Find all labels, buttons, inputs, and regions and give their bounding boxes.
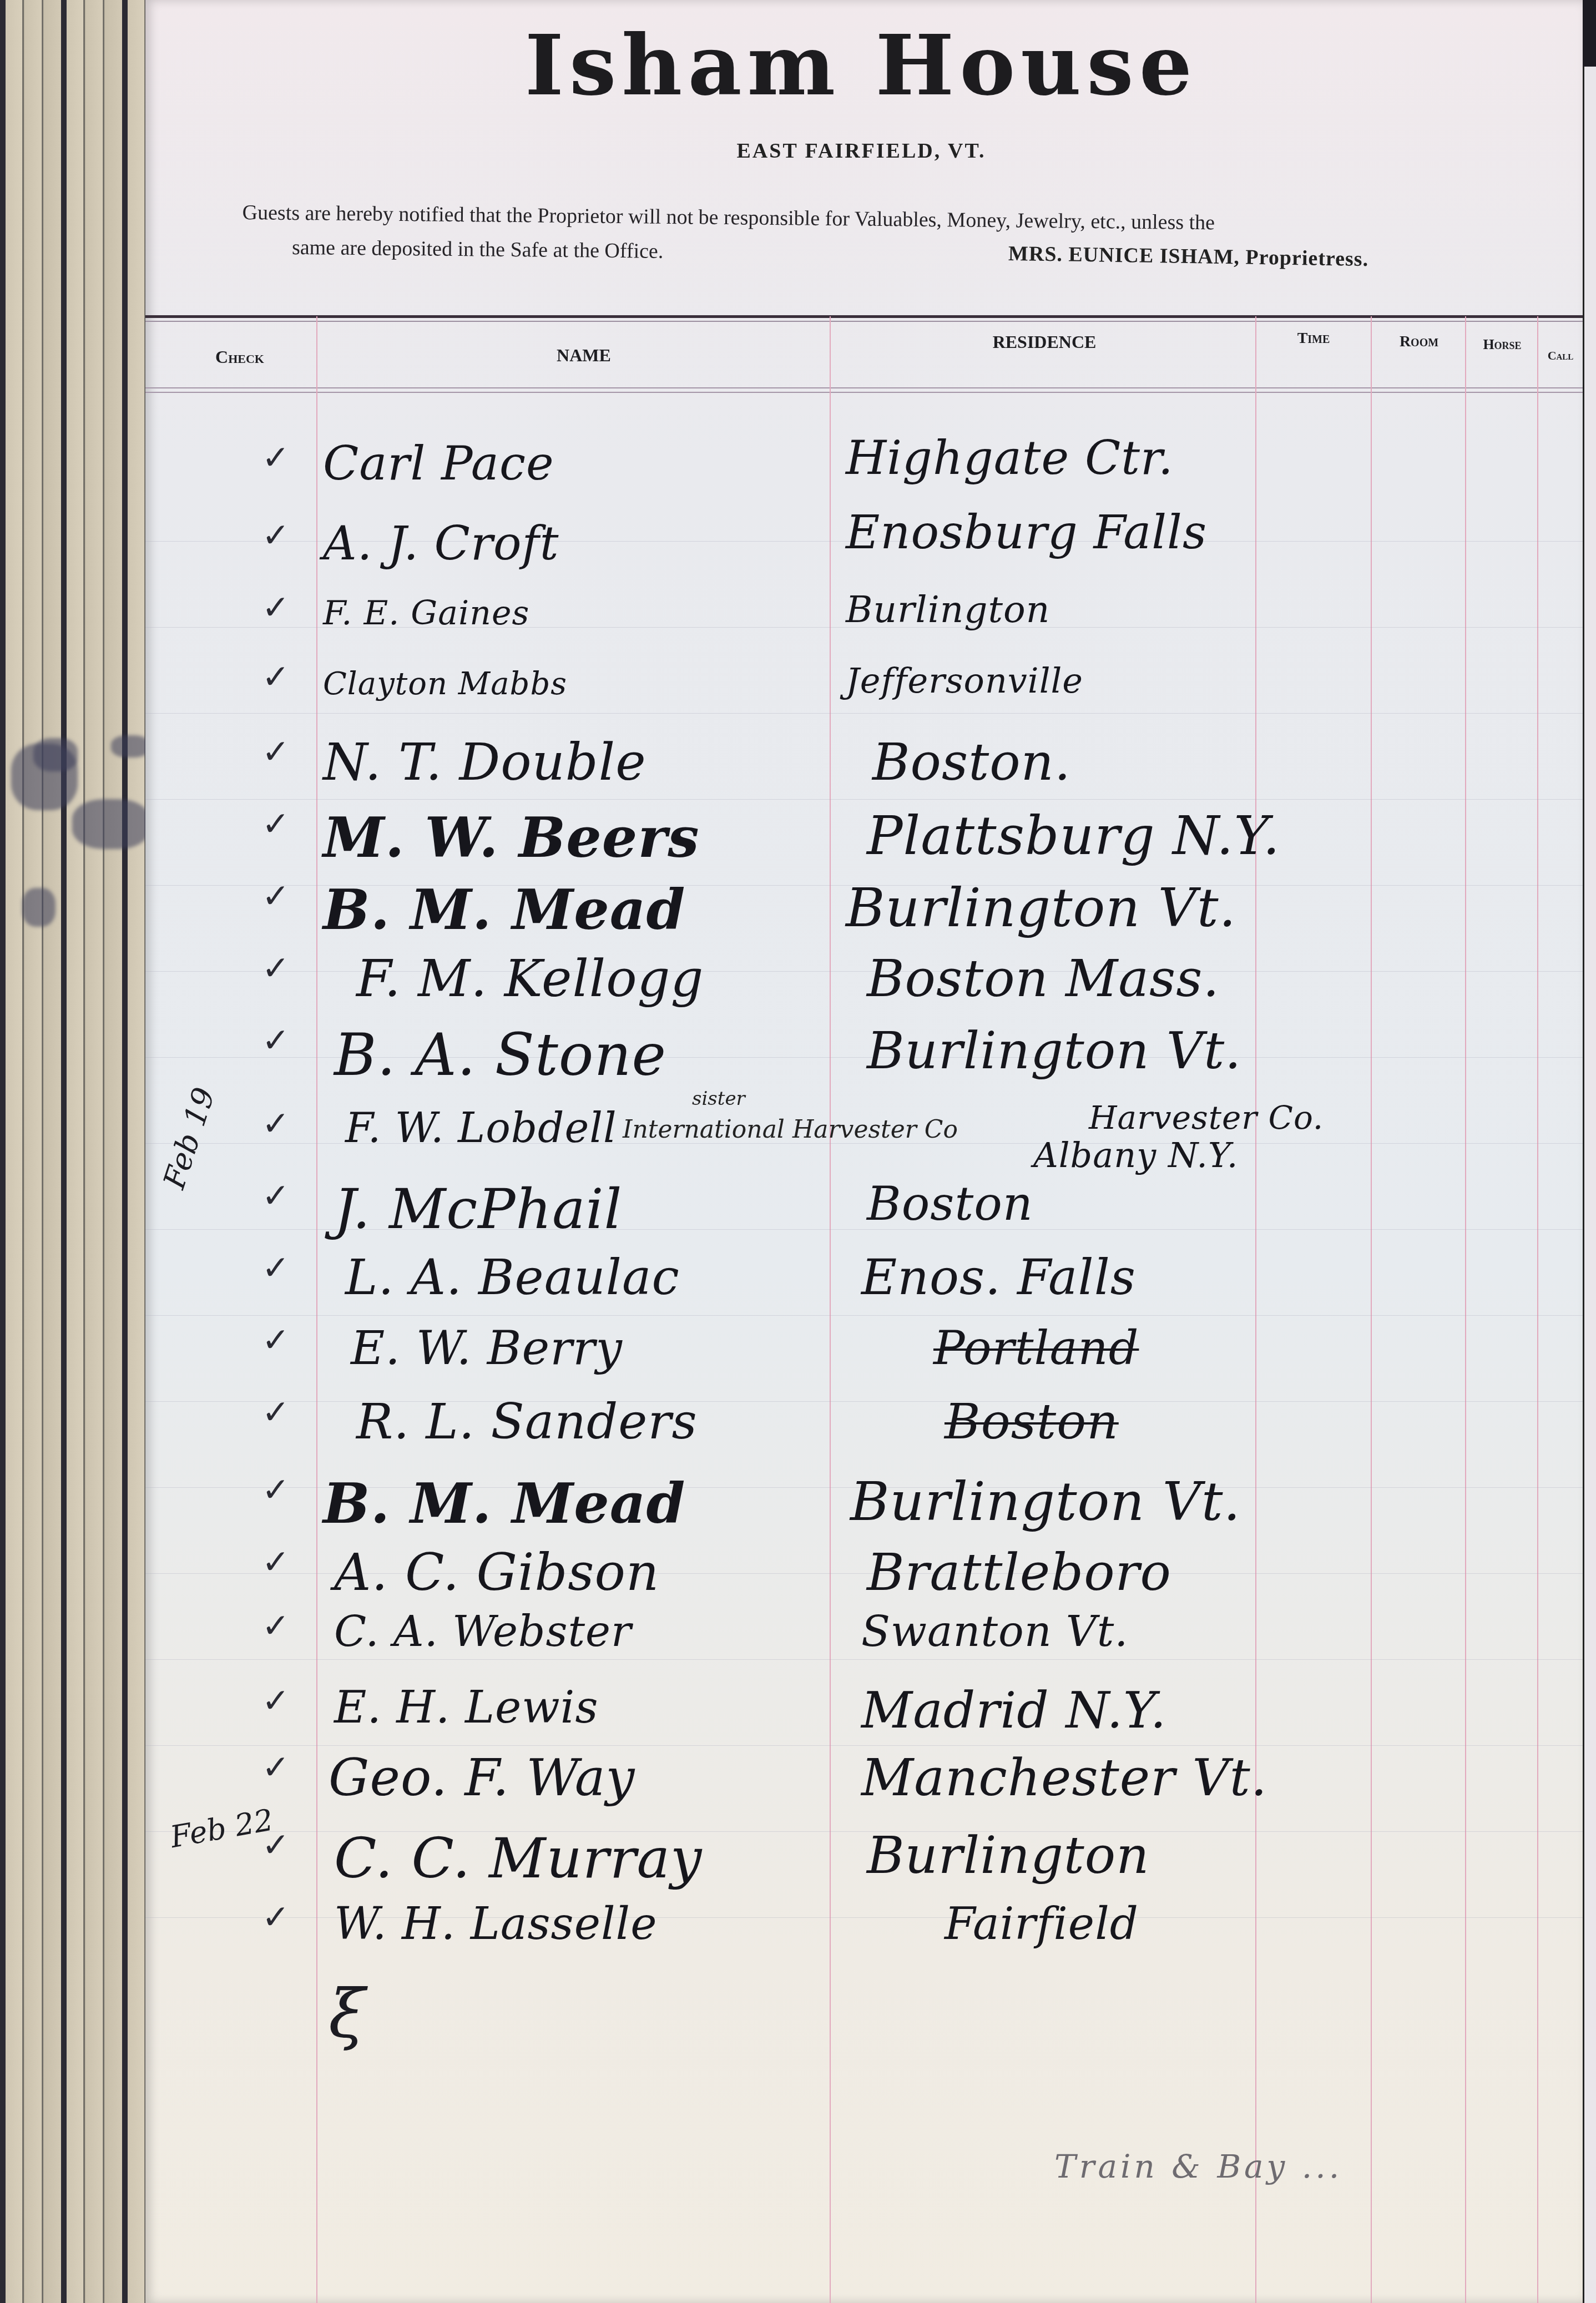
guest-name: E. H. Lewis: [334, 1681, 598, 1733]
check-mark-icon: ✓: [251, 516, 301, 555]
check-mark-icon: ✓: [251, 1104, 301, 1143]
register-entry: ✓ F. W. Lobdell sister International Har…: [145, 1104, 1577, 1182]
register-entry: ✓ C. A. Webster Swanton Vt.: [145, 1607, 1577, 1684]
header-bottom-rule-secondary: [145, 392, 1583, 393]
entry-annotation: sister: [692, 1088, 745, 1110]
register-entry: ✓ C. C. Murray Burlington: [145, 1826, 1577, 1903]
check-mark-icon: ✓: [251, 949, 301, 988]
guest-residence: Boston: [867, 1176, 1033, 1231]
register-entry: ✓ L. A. Beaulac Enos. Falls: [145, 1249, 1577, 1326]
column-header-residence: RESIDENCE: [933, 332, 1155, 352]
book-binding-page-stack: [0, 0, 145, 2303]
guest-residence: Brattleboro: [867, 1543, 1171, 1602]
register-entry: ✓ M. W. Beers Plattsburg N.Y.: [145, 805, 1577, 882]
column-header-room: Room: [1377, 333, 1461, 351]
register-entry: ✓ F. E. Gaines Burlington: [145, 588, 1577, 666]
guest-name: Clayton Mabbs: [323, 666, 567, 702]
ink-stain: [111, 735, 150, 757]
check-mark-icon: ✓: [251, 438, 301, 477]
guest-name: C. A. Webster: [334, 1607, 632, 1656]
register-entry: ✓ B. M. Mead Burlington Vt.: [145, 877, 1577, 954]
check-mark-icon: ✓: [251, 658, 301, 696]
guest-residence: Burlington: [846, 588, 1050, 631]
column-header-call: Call: [1541, 349, 1580, 363]
ink-stain: [33, 738, 78, 771]
guest-residence: Boston Mass.: [867, 949, 1220, 1008]
check-mark-icon: ✓: [251, 1471, 301, 1509]
ink-stain: [22, 888, 55, 927]
guest-residence: Manchester Vt.: [861, 1748, 1267, 1807]
guest-name: F. W. Lobdell: [345, 1104, 617, 1152]
ink-stain: [72, 799, 150, 849]
guest-residence-line2: Albany N.Y.: [1033, 1135, 1239, 1175]
guest-residence: Burlington Vt.: [846, 877, 1236, 939]
register-entry: ✓ E. H. Lewis Madrid N.Y.: [145, 1681, 1577, 1759]
guest-residence: Enosburg Falls: [846, 505, 1207, 559]
column-header-name: NAME: [501, 345, 667, 366]
company-note: International Harvester Co: [623, 1115, 958, 1144]
header-bottom-rule: [145, 387, 1583, 388]
guest-name: J. McPhail: [334, 1176, 623, 1241]
register-entry: ✓ B. A. Stone Burlington Vt.: [145, 1021, 1577, 1099]
guest-residence: Burlington Vt.: [867, 1021, 1241, 1080]
flourish-mark: ξ: [329, 1976, 365, 2053]
guest-name: R. L. Sanders: [356, 1393, 698, 1450]
check-mark-icon: ✓: [251, 1176, 301, 1215]
guest-name: A. J. Croft: [323, 516, 559, 570]
faint-pencil-note: Train & Bay ...: [1054, 2148, 1342, 2185]
check-mark-icon: ✓: [251, 1393, 301, 1432]
register-entry: ✓ N. T. Double Boston.: [145, 733, 1577, 810]
column-header-time: Time: [1277, 330, 1350, 347]
register-entry: ✓ Carl Pace Highgate Ctr.: [145, 438, 1577, 516]
guest-residence: Harvester Co.: [1089, 1099, 1324, 1137]
register-entry: ✓ A. J. Croft Enosburg Falls: [145, 516, 1577, 594]
guest-residence: Madrid N.Y.: [861, 1681, 1166, 1740]
guest-name: W. H. Lasselle: [334, 1898, 658, 1950]
location-subtitle: EAST FAIRFIELD, VT.: [145, 139, 1577, 163]
guest-name: Carl Pace: [323, 436, 554, 491]
guest-name: B. M. Mead: [323, 1471, 686, 1536]
guest-name: M. W. Beers: [323, 805, 699, 870]
guest-residence: Portland: [933, 1321, 1139, 1375]
register-entry: ✓ J. McPhail Boston: [145, 1176, 1577, 1254]
guest-residence: Swanton Vt.: [861, 1607, 1128, 1656]
guest-name: B. M. Mead: [323, 877, 686, 942]
column-header-check: Check: [198, 347, 281, 367]
guest-residence: Boston.: [872, 733, 1071, 792]
check-mark-icon: ✓: [251, 1321, 301, 1360]
check-mark-icon: ✓: [251, 1607, 301, 1645]
guest-name: E. W. Berry: [351, 1321, 623, 1375]
register-entry: ✓ Clayton Mabbs Jeffersonville: [145, 658, 1577, 735]
guest-name: A. C. Gibson: [334, 1543, 659, 1602]
check-mark-icon: ✓: [251, 1898, 301, 1937]
guest-name: Geo. F. Way: [329, 1748, 635, 1807]
ledger-page: Isham House EAST FAIRFIELD, VT. Guests a…: [145, 0, 1583, 2303]
guest-name: F. M. Kellogg: [356, 949, 704, 1008]
guest-residence: Plattsburg N.Y.: [867, 805, 1280, 867]
guest-name: B. A. Stone: [334, 1021, 666, 1089]
table-top-rule-secondary: [145, 321, 1583, 322]
table-top-rule: [145, 315, 1583, 318]
guest-name: F. E. Gaines: [323, 594, 529, 633]
check-mark-icon: ✓: [251, 1681, 301, 1720]
guest-residence: Fairfield: [945, 1898, 1139, 1950]
page-title: Isham House: [145, 17, 1577, 114]
check-mark-icon: ✓: [251, 1543, 301, 1582]
check-mark-icon: ✓: [251, 588, 301, 627]
guest-residence: Highgate Ctr.: [846, 431, 1174, 485]
register-entry: ✓ R. L. Sanders Boston: [145, 1393, 1577, 1471]
guest-name: C. C. Murray: [334, 1826, 703, 1891]
check-mark-icon: ✓: [251, 1249, 301, 1287]
register-entry: ✓ B. M. Mead Burlington Vt.: [145, 1471, 1577, 1548]
check-mark-icon: ✓: [251, 733, 301, 771]
check-mark-icon: ✓: [251, 1748, 301, 1787]
register-entry: ✓ Geo. F. Way Manchester Vt.: [145, 1748, 1577, 1826]
guest-name: N. T. Double: [323, 733, 647, 792]
guest-name: L. A. Beaulac: [345, 1249, 680, 1306]
check-mark-icon: ✓: [251, 805, 301, 844]
guest-residence: Burlington: [867, 1826, 1149, 1885]
register-entry: ✓ W. H. Lasselle Fairfield: [145, 1898, 1577, 1976]
guest-residence: Jeffersonville: [846, 660, 1083, 701]
next-page-edge: [1583, 67, 1596, 2303]
check-mark-icon: ✓: [251, 1021, 301, 1060]
register-entry: ✓ E. W. Berry Portland: [145, 1321, 1577, 1398]
check-mark-icon: ✓: [251, 877, 301, 916]
guest-residence: Enos. Falls: [861, 1249, 1136, 1306]
register-entry: ✓ F. M. Kellogg Boston Mass.: [145, 949, 1577, 1027]
guest-residence: Burlington Vt.: [850, 1471, 1241, 1533]
guest-residence: Boston: [945, 1393, 1119, 1450]
column-header-horse: Horse: [1469, 336, 1536, 353]
